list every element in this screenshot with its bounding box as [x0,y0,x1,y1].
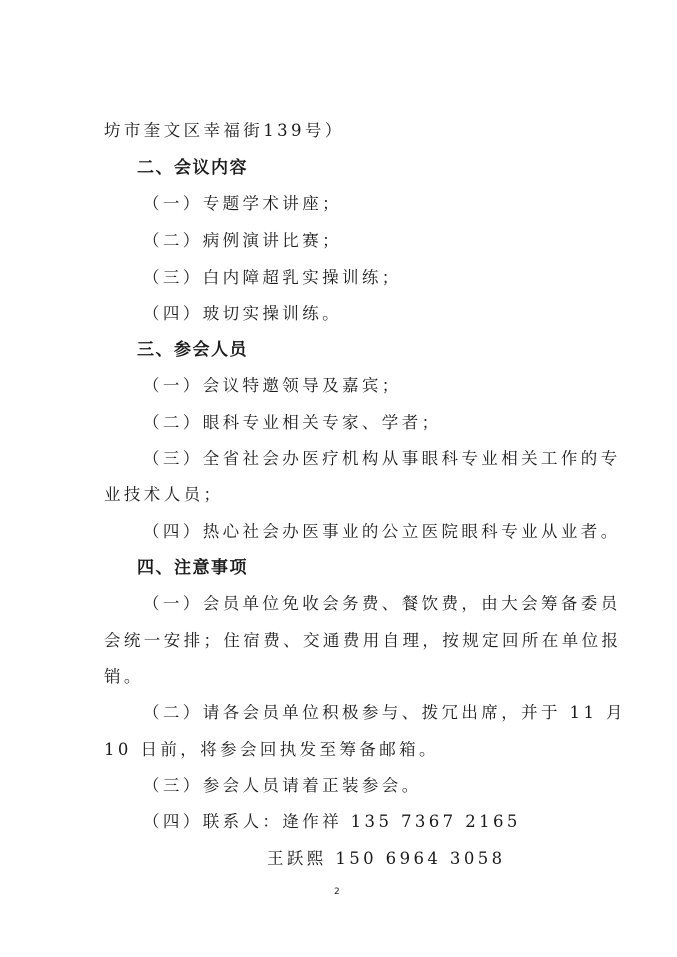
content-item-4: （四）玻切实操训练。 [143,303,342,325]
attendee-item-3-cont: 业技术人员； [104,484,223,506]
section-heading-notes: 四、注意事项 [137,557,248,579]
note-item-2: （二）请各会员单位积极参与、拨冗出席，并于 11 月 [143,702,626,724]
note-item-2-cont: 10 日前，将参会回执发至筹备邮箱。 [104,739,439,761]
content-item-3: （三）白内障超乳实操训练； [143,267,402,289]
section-heading-attendees: 三、参会人员 [137,339,248,361]
note-item-1: （一）会员单位免收会务费、餐饮费，由大会筹备委员 [143,593,621,615]
attendee-item-1: （一）会议特邀领导及嘉宾； [143,375,402,397]
content-item-2: （二）病例演讲比赛； [143,230,342,252]
attendee-item-2: （二）眼科专业相关专家、学者； [143,412,442,434]
attendee-item-4: （四）热心社会办医事业的公立医院眼科专业从业者。 [143,521,621,543]
note-item-3: （三）参会人员请着正装参会。 [143,775,422,797]
note-item-1-cont: 会统一安排；住宿费、交通费用自理，按规定回所在单位报 [104,630,621,652]
address-continuation: 坊市奎文区幸福街139号） [104,120,345,142]
content-item-1: （一）专题学术讲座； [143,193,342,215]
page-number: 2 [334,887,340,897]
note-item-1-cont2: 销。 [104,666,144,688]
document-page: 坊市奎文区幸福街139号） 二、会议内容 （一）专题学术讲座； （二）病例演讲比… [0,0,677,957]
note-item-4-contact-2: 王跃熙 150 6964 3058 [267,848,506,870]
attendee-item-3: （三）全省社会办医疗机构从事眼科专业相关工作的专 [143,448,621,470]
section-heading-meeting-content: 二、会议内容 [137,157,248,179]
note-item-4-contact-1: （四）联系人：逄作祥 135 7367 2165 [143,811,521,833]
